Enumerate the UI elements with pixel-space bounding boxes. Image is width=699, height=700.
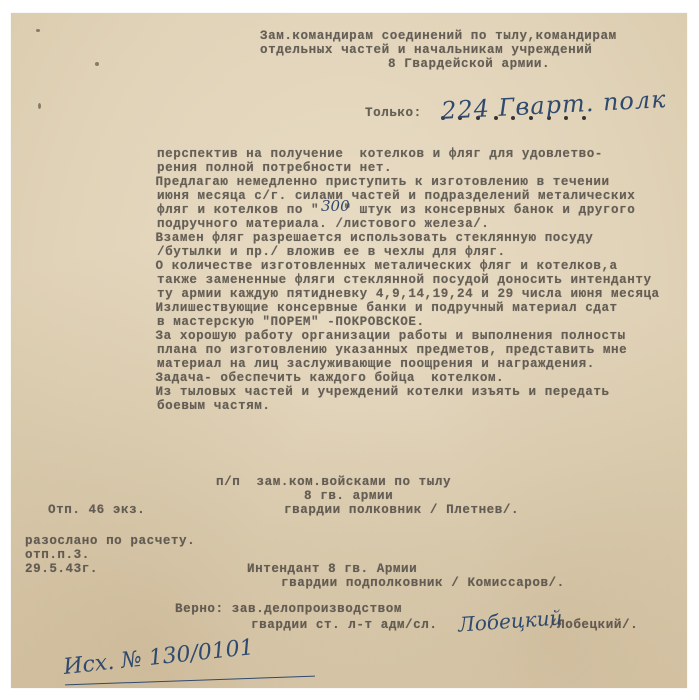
body-line: материал на лиц заслуживающие поощрения …	[157, 357, 595, 371]
outgoing-number-handwritten: Исх. № 130/0101	[62, 635, 255, 680]
pp-line-1: п/п зам.ком.войсками по тылу	[216, 475, 451, 489]
intendant-line-1: Интендант 8 гв. Армии	[247, 562, 417, 576]
body-line: Задача- обеспечить каждого бойца котелко…	[115, 371, 504, 385]
body-line: /бутылки и пр./ вложив ее в чехлы для фл…	[157, 245, 506, 259]
paper-speck	[95, 62, 99, 66]
body-line: июня месяца с/г. силами частей и подразд…	[157, 189, 635, 203]
distribution-note: разослано по расчету.	[25, 534, 195, 548]
document-page: Зам.командирам соединений по тылу,команд…	[11, 13, 687, 688]
handwritten-underline	[65, 676, 315, 686]
addressee-line-1: Зам.командирам соединений по тылу,команд…	[260, 29, 617, 43]
body-line: О количестве изготовленных металических …	[115, 259, 618, 273]
verified-line-1: Верно: зав.делопроизводством	[175, 602, 402, 616]
body-line: Излишествующие консервные банки и подруч…	[115, 301, 618, 315]
body-line: плана по изготовлению указанных предмето…	[157, 343, 627, 357]
body-line: также замененные фляги стеклянной посудо…	[157, 273, 652, 287]
reference-note: отп.п.3.	[25, 548, 90, 562]
pp-line-3: гвардии полковник / Плетнев/.	[284, 503, 519, 517]
copies-count: Отп. 46 экз.	[48, 503, 145, 517]
intendant-line-2: гвардии подполковник / Комиссаров/.	[281, 576, 565, 590]
body-line: Из тыловых частей и учреждений котелки и…	[115, 385, 610, 399]
paper-speck	[38, 103, 41, 109]
body-line: подручного материала. /листового железа/…	[157, 217, 489, 231]
verified-name: /Лобецкий/.	[549, 618, 638, 632]
handwritten-signature: Лобецкий	[457, 605, 563, 636]
body-line: Взамен фляг разрешается использовать сте…	[115, 231, 593, 245]
body-line: За хорошую работу организации работы и в…	[115, 329, 626, 343]
body-line: ту армии каждую пятидневку 4,9,14,19,24 …	[157, 287, 660, 301]
body-line: перспектив на получение котелков и фляг …	[157, 147, 603, 161]
document-date: 29.5.43г.	[25, 562, 98, 576]
verified-line-2: гвардии ст. л-т адм/сл.	[251, 618, 437, 632]
only-label: Только:	[365, 106, 422, 120]
body-line: в мастерскую "ПОРЕМ" -ПОКРОВСКОЕ.	[157, 315, 425, 329]
addressee-line-2: отдельных частей и начальникам учреждени…	[260, 43, 592, 57]
only-handwritten-unit: 224 Гварт. полк	[440, 85, 667, 125]
addressee-line-3: 8 Гвардейской армии.	[388, 57, 550, 71]
body-line: рения полной потребности нет.	[157, 161, 392, 175]
handwritten-quantity: 300	[321, 197, 350, 215]
body-line: фляг и котелков по " " штук из консервны…	[157, 203, 635, 217]
pp-line-2: 8 гв. армии	[304, 489, 393, 503]
body-line: Предлагаю немедленно приступить к изгото…	[115, 175, 610, 189]
body-line: боевым частям.	[157, 399, 271, 413]
paper-speck	[36, 29, 40, 32]
